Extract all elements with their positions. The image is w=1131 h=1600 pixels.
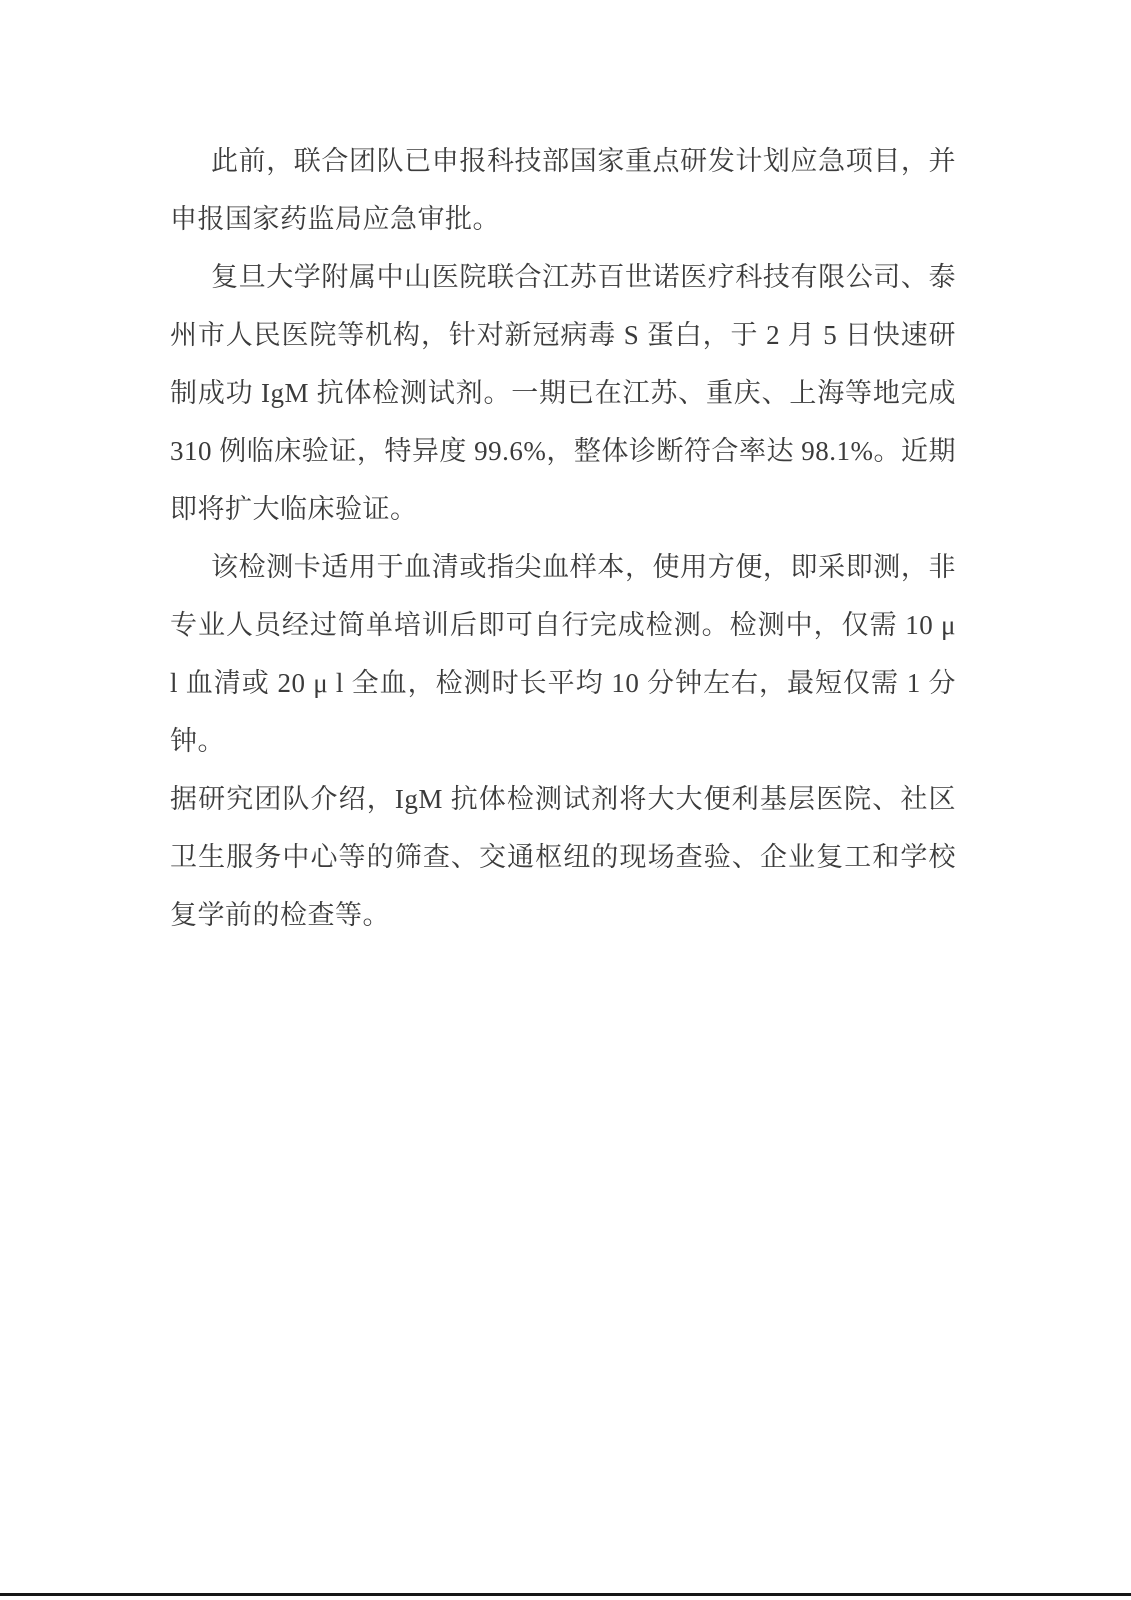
paragraph-1: 此前，联合团队已申报科技部国家重点研发计划应急项目，并申报国家药监局应急审批。 [170,132,956,248]
paragraph-2: 复旦大学附属中山医院联合江苏百世诺医疗科技有限公司、泰州市人民医院等机构，针对新… [170,248,956,538]
document-page: 此前，联合团队已申报科技部国家重点研发计划应急项目，并申报国家药监局应急审批。 … [0,0,1131,1600]
text-block: 此前，联合团队已申报科技部国家重点研发计划应急项目，并申报国家药监局应急审批。 … [170,132,956,944]
paragraph-4: 据研究团队介绍，IgM 抗体检测试剂将大大便利基层医院、社区卫生服务中心等的筛查… [170,770,956,944]
page-bottom-rule [0,1593,1131,1596]
paragraph-3: 该检测卡适用于血清或指尖血样本，使用方便，即采即测，非专业人员经过简单培训后即可… [170,538,956,770]
